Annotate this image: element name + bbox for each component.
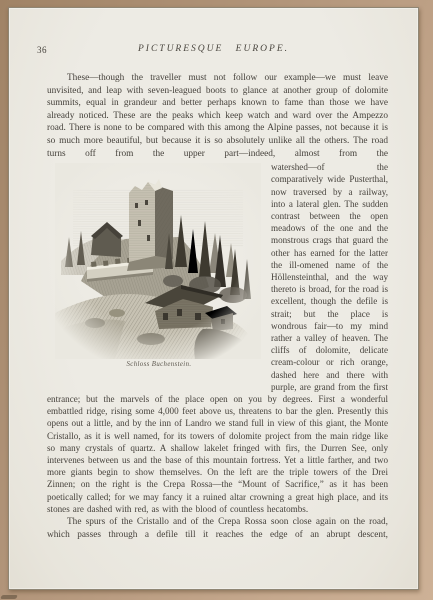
paragraph-opening: These—though the traveller must not foll… bbox=[47, 72, 388, 160]
scan-artifact bbox=[0, 595, 18, 599]
figure-text-section: Schloss Buchenstein. watershed—of the co… bbox=[47, 161, 388, 515]
paragraph-second: The spurs of the Cristallo and of the Cr… bbox=[47, 516, 388, 542]
page-header: 36 PICTURESQUE EUROPE. bbox=[9, 8, 418, 64]
book-page: 36 PICTURESQUE EUROPE. These—though the … bbox=[8, 7, 419, 590]
figure-caption: Schloss Buchenstein. bbox=[55, 361, 263, 368]
figure: Schloss Buchenstein. bbox=[55, 163, 263, 368]
castle-engraving bbox=[55, 163, 261, 359]
running-title: PICTURESQUE EUROPE. bbox=[9, 44, 418, 54]
text-block: These—though the traveller must not foll… bbox=[47, 72, 388, 542]
scan-background: 36 PICTURESQUE EUROPE. These—though the … bbox=[0, 0, 433, 600]
